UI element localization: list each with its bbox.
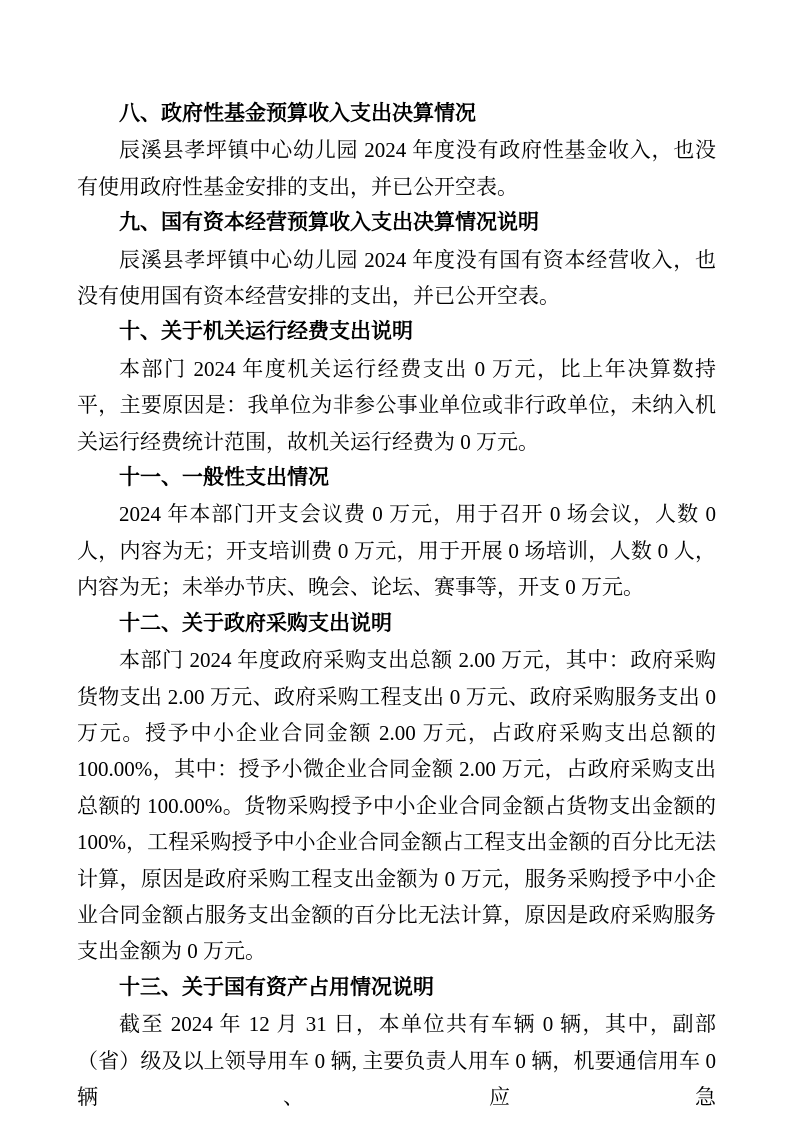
section-paragraph: 辰溪县孝坪镇中心幼儿园 2024 年度没有国有资本经营收入，也没有使用国有资本经… <box>77 242 716 315</box>
section-agency-operating-expense: 十、关于机关运行经费支出说明 本部门 2024 年度机关运行经费支出 0 万元，… <box>77 314 716 460</box>
section-state-asset-occupancy: 十三、关于国有资产占用情况说明 截至 2024 年 12 月 31 日，本单位共… <box>77 970 716 1116</box>
section-general-expense: 十一、一般性支出情况 2024 年本部门开支会议费 0 万元，用于召开 0 场会… <box>77 460 716 606</box>
section-heading: 十二、关于政府采购支出说明 <box>77 606 716 642</box>
section-paragraph: 截至 2024 年 12 月 31 日，本单位共有车辆 0 辆，其中，副部（省）… <box>77 1006 716 1115</box>
section-heading: 十、关于机关运行经费支出说明 <box>77 314 716 350</box>
section-paragraph: 2024 年本部门开支会议费 0 万元，用于召开 0 场会议，人数 0 人，内容… <box>77 496 716 605</box>
section-state-capital-budget: 九、国有资本经营预算收入支出决算情况说明 辰溪县孝坪镇中心幼儿园 2024 年度… <box>77 205 716 314</box>
section-heading: 八、政府性基金预算收入支出决算情况 <box>77 96 716 132</box>
document-content: 八、政府性基金预算收入支出决算情况 辰溪县孝坪镇中心幼儿园 2024 年度没有政… <box>77 96 716 1115</box>
section-paragraph: 辰溪县孝坪镇中心幼儿园 2024 年度没有政府性基金收入，也没有使用政府性基金安… <box>77 132 716 205</box>
section-paragraph: 本部门 2024 年度政府采购支出总额 2.00 万元，其中：政府采购货物支出 … <box>77 642 716 970</box>
section-heading: 九、国有资本经营预算收入支出决算情况说明 <box>77 205 716 241</box>
document-page: 八、政府性基金预算收入支出决算情况 辰溪县孝坪镇中心幼儿园 2024 年度没有政… <box>0 0 793 1122</box>
section-gov-procurement: 十二、关于政府采购支出说明 本部门 2024 年度政府采购支出总额 2.00 万… <box>77 606 716 970</box>
section-heading: 十一、一般性支出情况 <box>77 460 716 496</box>
section-heading: 十三、关于国有资产占用情况说明 <box>77 970 716 1006</box>
section-gov-fund-budget: 八、政府性基金预算收入支出决算情况 辰溪县孝坪镇中心幼儿园 2024 年度没有政… <box>77 96 716 205</box>
section-paragraph: 本部门 2024 年度机关运行经费支出 0 万元，比上年决算数持平，主要原因是：… <box>77 351 716 460</box>
